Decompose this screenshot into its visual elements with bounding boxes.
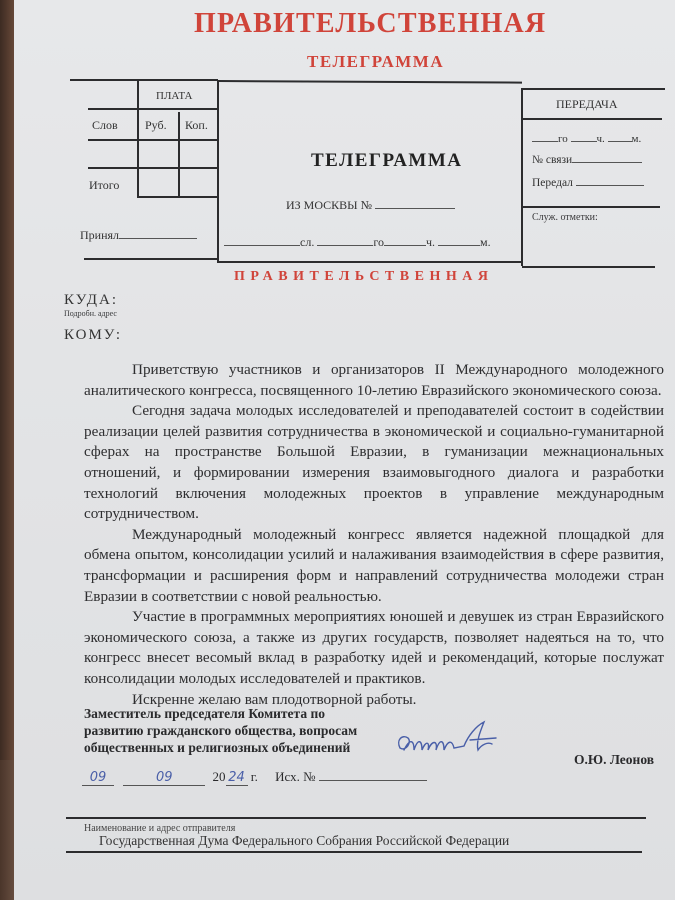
tx-minute-abbr: м. [632,133,642,145]
day-field[interactable] [317,235,373,246]
tx-hour-abbr: ч. [597,133,605,145]
sent-row: Передал [532,175,644,189]
service-notes-label: Служ. отметки: [532,212,598,223]
from-number-field[interactable] [375,198,455,209]
tx-minute-field[interactable] [608,131,632,142]
table-line [522,206,660,208]
payment-header: ПЛАТА [156,90,193,102]
received-field[interactable] [119,228,197,239]
day-abbr: го [373,235,384,249]
date-year-suffix: 24 [226,770,248,786]
table-line [522,88,665,90]
table-line [84,258,217,260]
tx-day-field[interactable] [532,131,558,142]
table-line [178,112,180,196]
sender-bottom-line [66,851,642,853]
signature-icon [392,718,512,763]
center-title: ТЕЛЕГРАММА [311,150,463,172]
handwritten-signature [392,718,512,768]
sent-label: Передал [532,177,573,189]
minute-field[interactable] [438,235,480,246]
paragraph: Международный молодежный конгресс являет… [84,525,664,607]
table-line [137,196,217,198]
transmission-time-row: го ч. м. [532,131,641,145]
signer-position: Заместитель председателя Комитета по раз… [84,705,374,756]
signer-name: О.Ю. Леонов [574,752,654,768]
received-label-text: Принял [80,228,119,242]
sender-name: Государственная Дума Федерального Собран… [99,833,509,849]
kop-label: Коп. [185,118,208,133]
transmission-header: ПЕРЕДАЧА [556,97,618,112]
table-line [88,108,217,110]
words-count-field[interactable] [224,235,300,246]
paragraph: Сегодня задача молодых исследователей и … [84,401,664,525]
message-body: Приветствую участников и организаторов I… [84,360,664,710]
table-line [70,79,218,81]
table-line [88,139,217,141]
from-moscow-row: ИЗ МОСКВЫ № [286,198,455,213]
government-stamp: ПРАВИТЕЛЬСТВЕННАЯ [234,269,493,285]
minute-abbr: м. [480,235,491,249]
table-line [218,80,522,84]
sent-field[interactable] [576,175,644,186]
year-abbr: г. [251,769,258,784]
link-label: № связи [532,154,572,166]
tx-hour-field[interactable] [571,131,597,142]
header-title: ПРАВИТЕЛЬСТВЕННАЯ [194,8,546,40]
rub-label: Руб. [145,118,167,133]
table-line [521,88,523,266]
paragraph: Участие в программных мероприятиях юноше… [84,607,664,689]
date-month: 09 [123,770,205,786]
where-label: КУДА: [64,292,118,309]
tx-day-abbr: го [558,133,568,145]
total-label: Итого [89,178,119,193]
words-label: Слов [92,118,118,133]
center-time-row: сл. гоч. м. [224,235,491,250]
from-moscow-label: ИЗ МОСКВЫ № [286,198,372,212]
table-line [522,118,662,120]
paragraph: Приветствую участников и организаторов I… [84,360,664,401]
table-line [522,266,655,268]
header-subtitle: ТЕЛЕГРАММА [307,52,444,72]
hour-field[interactable] [384,235,426,246]
outgoing-number-field[interactable] [319,770,427,781]
table-line [217,80,219,261]
table-line [137,80,139,196]
received-label: Принял [80,228,197,243]
words-abbr: сл. [300,235,314,249]
detail-address-label: Подробн. адрес [64,309,117,318]
whom-label: КОМУ: [64,327,122,344]
link-row: № связи [532,152,642,166]
date-year-prefix: 20 [213,769,226,784]
outgoing-label: Исх. № [275,769,315,784]
date-day: 09 [82,770,114,786]
table-line [88,167,217,169]
table-line [217,261,522,263]
telegram-paper: ПРАВИТЕЛЬСТВЕННАЯ ТЕЛЕГРАММА ПЛАТА Слов … [14,0,675,900]
link-field[interactable] [572,152,642,163]
sender-top-line [66,817,646,819]
hour-abbr: ч. [426,235,435,249]
date-row: 09 09 2024 г. Исх. № [82,769,427,786]
